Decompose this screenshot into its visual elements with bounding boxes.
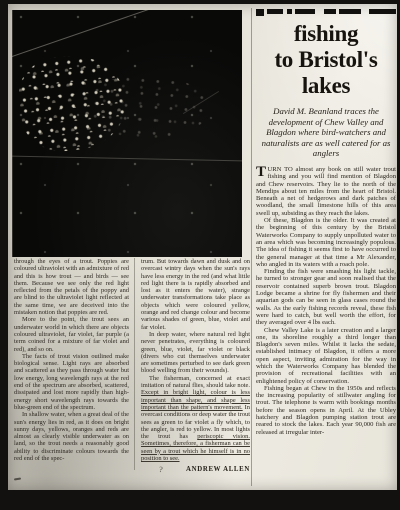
article-paragraph: The facts of trout vision outlined make … [14,353,129,411]
author-signature: ANDREW ALLEN [186,466,250,473]
article-paragraph: trum. But towards dawn and dusk and on o… [141,258,250,331]
headline-line-3: lakes [256,73,396,99]
middle-subcolumn: trum. But towards dawn and dusk and on o… [135,258,250,474]
pen-underlined-text: Except in bright light, colour is less i… [141,389,250,411]
pencil-mark [14,478,21,481]
article-paragraph: The fisherman, concerned at exact imitat… [141,375,250,463]
article-paragraph: Of these, Blagdon is the older. It was c… [256,217,396,268]
article-photo [12,10,242,257]
left-subcolumn: through the eyes of a trout. Poppies are… [14,258,135,474]
opening-text: URN TO almost any book on still water tr… [256,166,396,217]
article-paragraph: TURN TO almost any book on still water t… [256,166,396,217]
headline: fishing to Bristol's lakes [256,21,396,99]
main-article-body: TURN TO almost any book on still water t… [256,166,396,436]
drop-cap: T [256,166,268,179]
column-rule-main [251,8,252,486]
paragraph-text: The fisherman, concerned at exact imitat… [141,375,250,389]
headline-line-2: to Bristol's [256,47,396,73]
byline: David M. Beanland traces the development… [258,106,394,159]
headline-line-1: fishing [256,21,396,47]
main-column: fishing to Bristol's lakes David M. Bean… [256,6,396,436]
article-paragraph: Chew Valley Lake is a later creation and… [256,327,396,385]
photo-dust-specks [12,10,242,257]
newspaper-clipping: fishing to Bristol's lakes David M. Bean… [8,4,397,490]
cropped-headline-fragments [256,9,396,16]
handwritten-question-mark: ? [159,466,164,474]
article-paragraph: Fishing began at Chew in the 1950s and r… [256,385,396,436]
article-paragraph: In shallow water, when a great deal of t… [14,411,129,462]
lower-left-columns: through the eyes of a trout. Poppies are… [14,258,250,474]
article-paragraph: In deep water, where natural red light n… [141,331,250,375]
article-paragraph: Finding the fish were smashing his light… [256,268,396,326]
article-paragraph: through the eyes of a trout. Poppies are… [14,258,129,316]
signature-row: ? ANDREW ALLEN [141,466,250,473]
article-paragraph: More to the point, the trout sees an und… [14,316,129,352]
